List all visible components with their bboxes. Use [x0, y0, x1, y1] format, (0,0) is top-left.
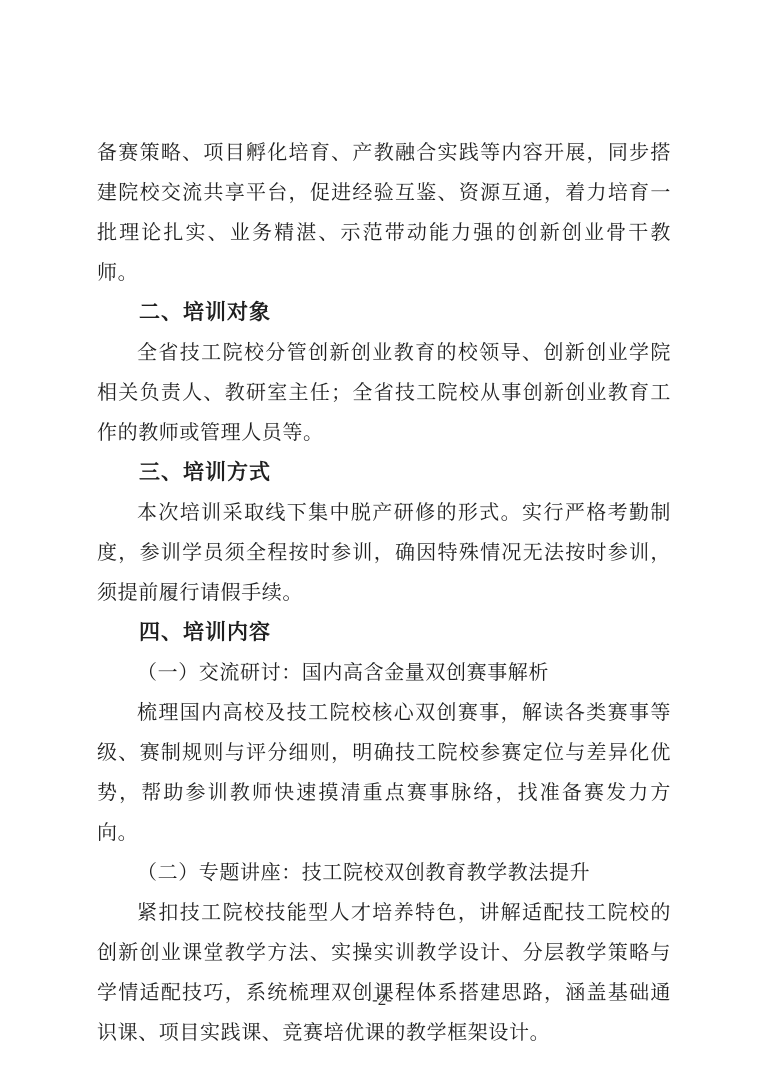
page-number: -2- — [0, 988, 764, 1012]
subsection-heading: （一）交流研讨：国内高含金量双创赛事解析 — [97, 653, 671, 693]
paragraph: 梳理国内高校及技工院校核心双创赛事，解读各类赛事等级、赛制规则与评分细则，明确技… — [97, 693, 671, 853]
paragraph-continued: 备赛策略、项目孵化培育、产教融合实践等内容开展，同步搭建院校交流共享平台，促进经… — [97, 133, 671, 293]
document-page: 备赛策略、项目孵化培育、产教融合实践等内容开展，同步搭建院校交流共享平台，促进经… — [0, 0, 764, 1080]
document-body: 备赛策略、项目孵化培育、产教融合实践等内容开展，同步搭建院校交流共享平台，促进经… — [97, 133, 671, 1053]
section-heading: 四、培训内容 — [97, 613, 671, 653]
subsection-heading: （二）专题讲座：技工院校双创教育教学教法提升 — [97, 853, 671, 893]
section-heading: 二、培训对象 — [97, 293, 671, 333]
paragraph: 紧扣技工院校技能型人才培养特色，讲解适配技工院校的创新创业课堂教学方法、实操实训… — [97, 893, 671, 1053]
section-heading: 三、培训方式 — [97, 453, 671, 493]
paragraph: 本次培训采取线下集中脱产研修的形式。实行严格考勤制度，参训学员须全程按时参训，确… — [97, 493, 671, 613]
paragraph: 全省技工院校分管创新创业教育的校领导、创新创业学院相关负责人、教研室主任；全省技… — [97, 333, 671, 453]
